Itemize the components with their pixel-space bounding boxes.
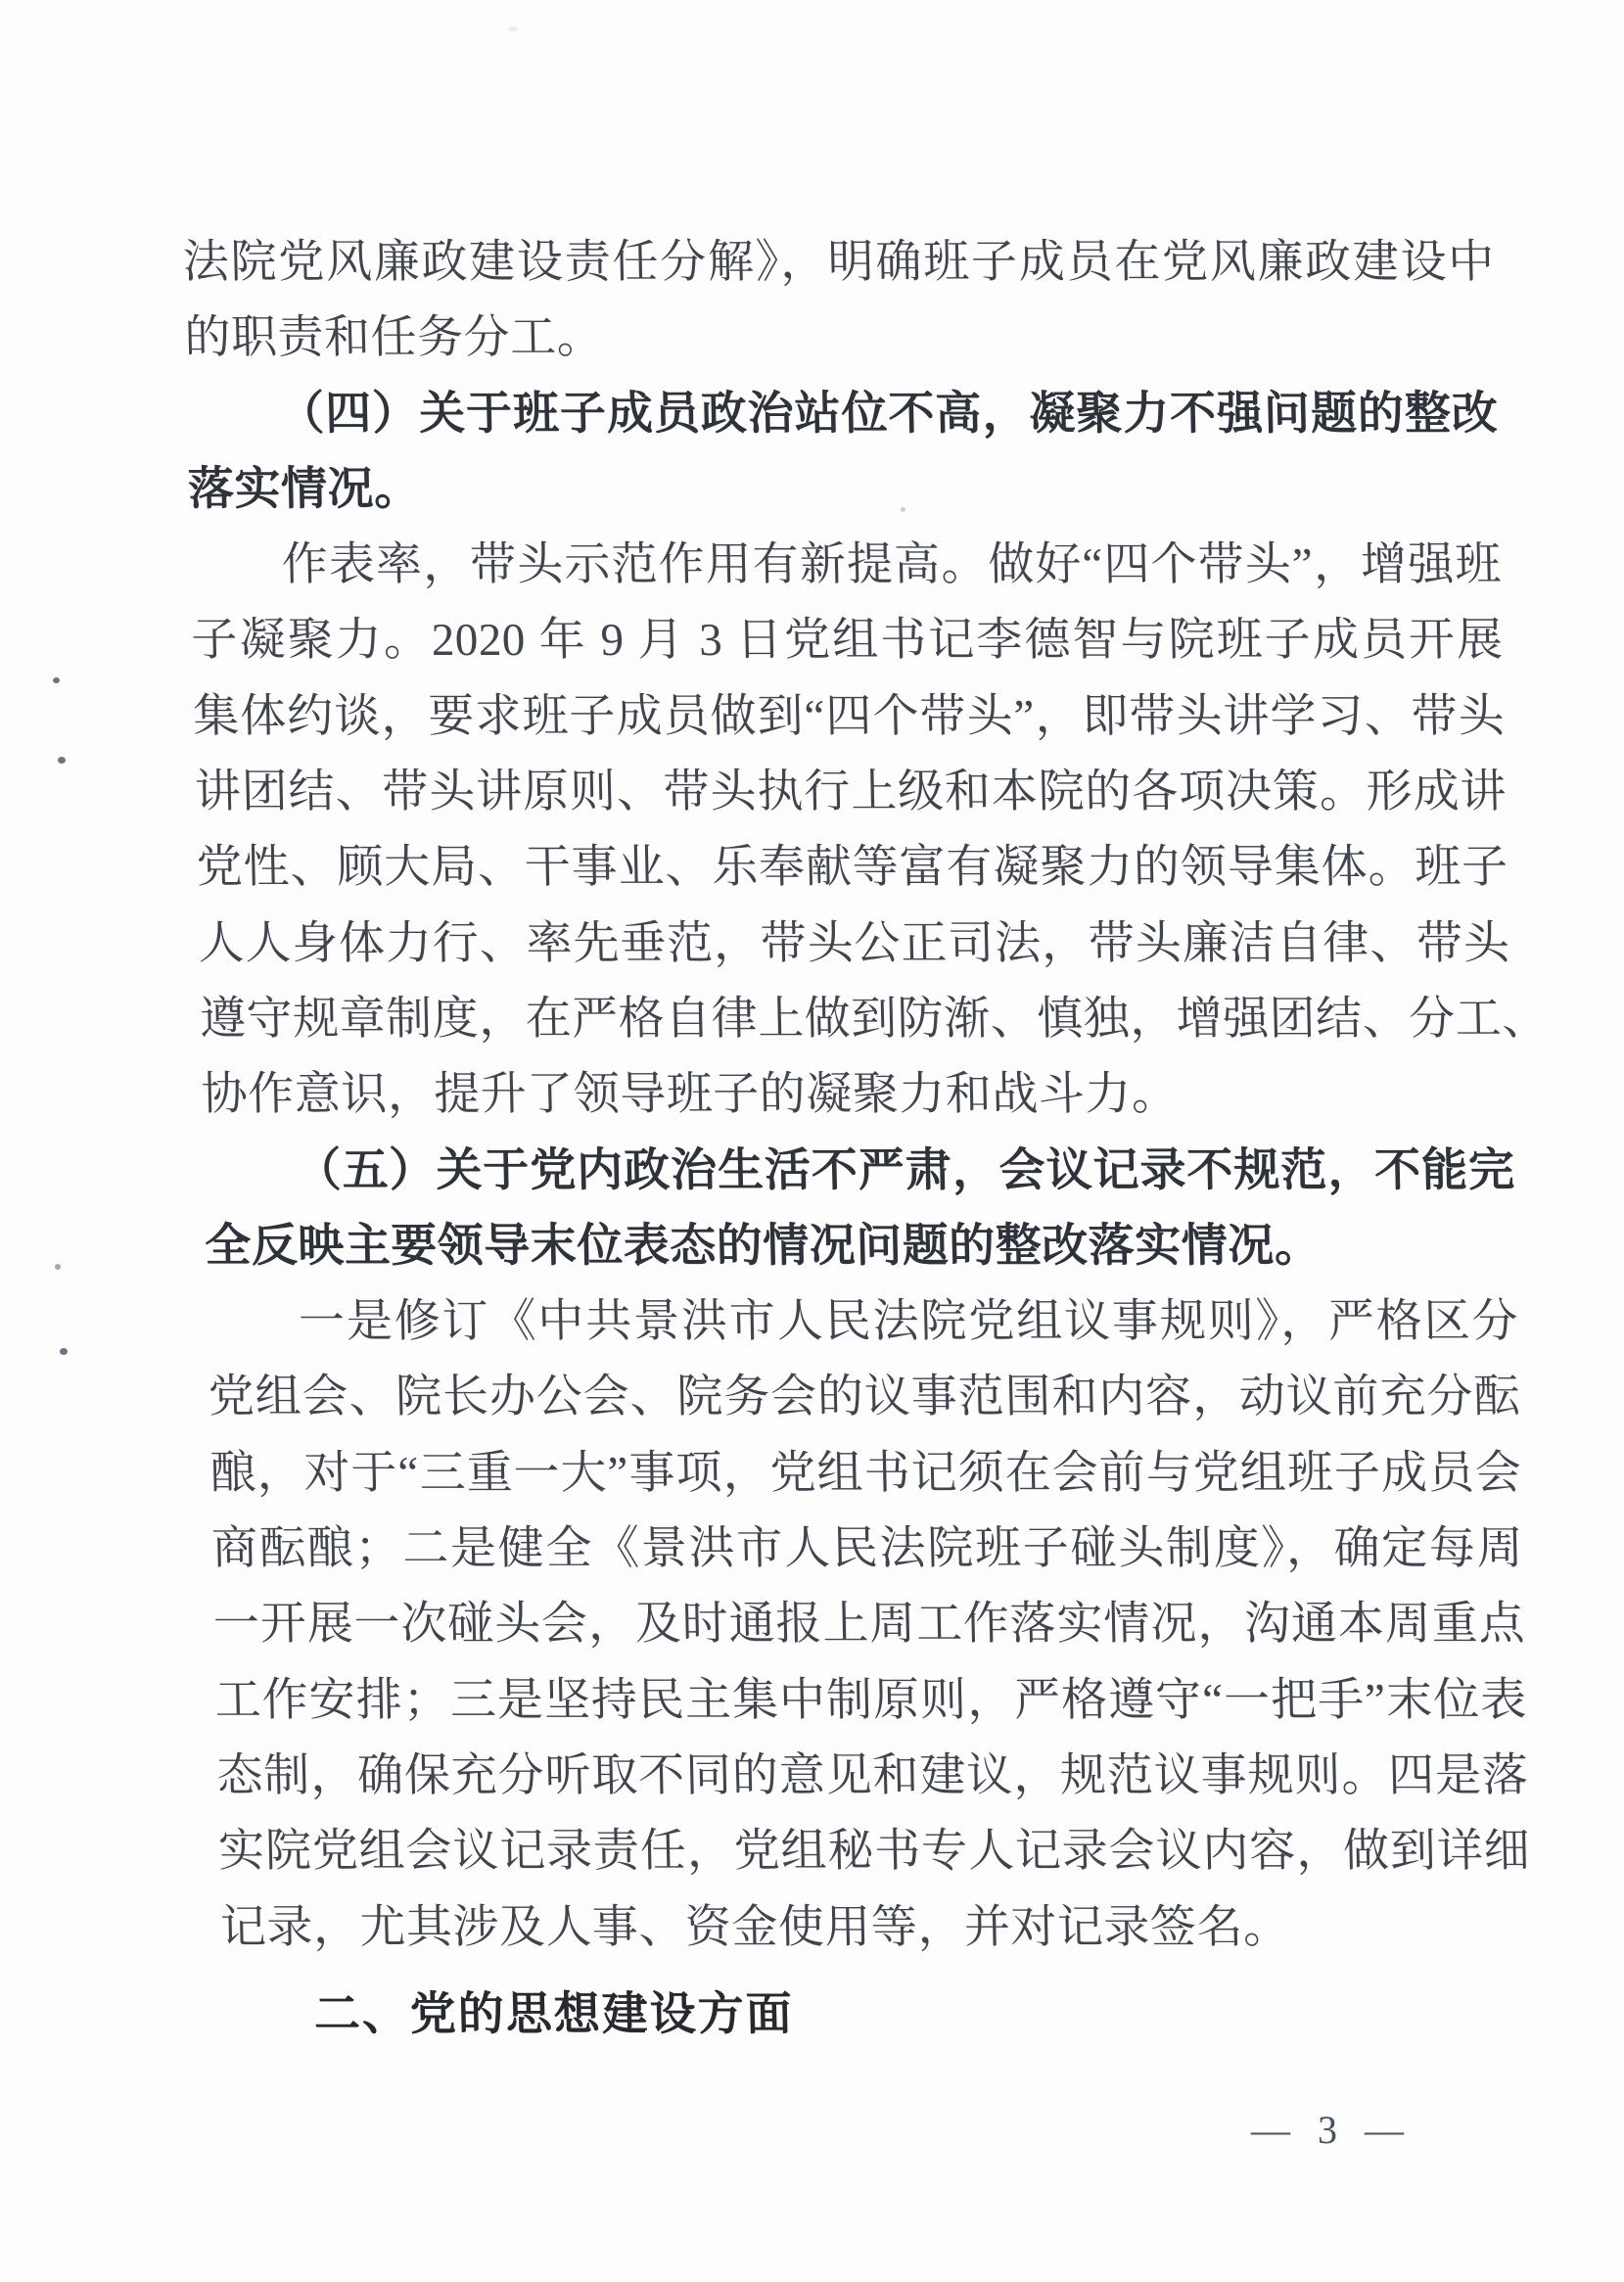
text-line: 一开展一次碰头会，及时通报上周工作落实情况，沟通本周重点 [212, 1587, 1526, 1662]
sub-heading-line: （四）关于班子成员政治站位不高，凝聚力不强问题的整改 [185, 377, 1499, 452]
text-line: 集体约谈，要求班子成员做到“四个带头”，即带头讲学习、带头 [192, 679, 1506, 755]
text-line: 子凝聚力。2020 年 9 月 3 日党组书记李德智与院班子成员开展 [191, 603, 1505, 678]
scan-speck [60, 1348, 68, 1355]
text-line: 遵守规章制度，在严格自律上做到防渐、慎独，增强团结、分工、 [199, 982, 1512, 1057]
text-line: 讲团结、带头讲原则、带头执行上级和本院的各项决策。形成讲 [194, 755, 1508, 830]
text-line: 法院党风廉政建设责任分解》，明确班子成员在党风廉政建设中 [182, 225, 1496, 301]
text-line: 人人身体力行、率先垂范，带头公正司法，带头廉洁自律、带头 [198, 907, 1511, 982]
document-text-block: 法院党风廉政建设责任分解》，明确班子成员在党风廉政建设中的职责和任务分工。（四）… [182, 225, 1535, 2051]
sub-heading-line: 全反映主要领导末位表态的情况问题的整改落实情况。 [204, 1209, 1517, 1284]
scan-speck [508, 26, 518, 31]
sub-heading-line: （五）关于党内政治生活不严肃，会议记录不规范，不能完 [203, 1134, 1516, 1209]
text-line: 商酝酿；二是健全《景洪市人民法院班子碰头制度》，确定每周 [210, 1512, 1524, 1587]
text-line: 的职责和任务分工。 [184, 301, 1498, 376]
scan-speck [55, 1264, 61, 1270]
sub-heading-line: 落实情况。 [187, 452, 1501, 528]
text-line: 酿，对于“三重一大”事项，党组书记须在会前与党组班子成员会 [209, 1436, 1523, 1512]
scan-speck [58, 757, 66, 764]
scan-speck [53, 677, 60, 683]
text-line: 工作安排；三是坚持民主集中制原则，严格遵守“一把手”末位表 [214, 1663, 1528, 1739]
text-line: 作表率，带头示范作用有新提高。做好“四个带头”，增强班 [189, 528, 1503, 603]
section-heading: 二、党的思想建设方面 [221, 1976, 1535, 2051]
text-line: 记录，尤其涉及人事、资金使用等，并对记录签名。 [219, 1890, 1533, 1966]
text-line: 态制，确保充分听取不同的意见和建议，规范议事规则。四是落 [216, 1739, 1530, 1814]
scanned-document-page: 法院党风廉政建设责任分解》，明确班子成员在党风廉政建设中的职责和任务分工。（四）… [0, 0, 1624, 2282]
text-line: 一是修订《中共景洪市人民法院党组议事规则》，严格区分 [206, 1284, 1519, 1360]
page-number: — 3 — [1251, 2107, 1406, 2153]
text-line: 党性、顾大局、干事业、乐奉献等富有凝聚力的领导集体。班子 [196, 830, 1509, 906]
text-line: 党组会、院长办公会、院务会的议事范围和内容，动议前充分酝 [208, 1360, 1521, 1435]
text-line: 协作意识，提升了领导班子的凝聚力和战斗力。 [201, 1057, 1514, 1133]
text-line: 实院党组会议记录责任，党组秘书专人记录会议内容，做到详细 [217, 1814, 1531, 1889]
